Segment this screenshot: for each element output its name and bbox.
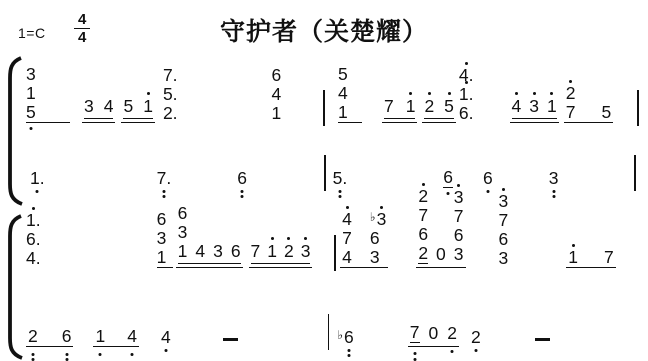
digit: 1 — [95, 327, 105, 346]
melody-note: 4 — [342, 248, 352, 267]
octave-dot-above — [533, 92, 536, 95]
octave-dots-below — [29, 127, 32, 130]
melody-note: 4 — [161, 328, 171, 347]
octave-dots-below — [474, 349, 477, 352]
digit: 3 — [157, 229, 167, 248]
digit: 6 — [454, 226, 464, 245]
melody-note: 7 — [251, 242, 261, 261]
digit: 1. — [459, 85, 474, 104]
flat-icon: ♭ — [337, 328, 343, 342]
melody-note: 6. — [459, 104, 474, 123]
beam-group-inner: 702 — [410, 323, 457, 343]
digit: 3 — [549, 169, 559, 188]
note-column: 3763 — [454, 188, 464, 264]
octave-dot-above — [147, 92, 150, 95]
octave-dots-below — [413, 352, 416, 360]
octave-dot-above — [457, 184, 460, 187]
melody-note: 0 — [436, 245, 446, 264]
note-column: 6 — [237, 169, 247, 188]
beam-group: 34 — [82, 97, 115, 123]
octave-dots-below — [99, 353, 102, 356]
melody-note: 5. — [333, 169, 348, 188]
sheet-music-page: 1=C 4 4 守护者（关楚耀） 31534517.5.2.6415417125… — [0, 0, 648, 361]
melody-note: 4 — [127, 327, 137, 346]
chord-note: 3 — [499, 192, 509, 211]
melody-note: 7 — [566, 103, 576, 122]
chord-note: 3 — [454, 188, 464, 207]
digit: 3 — [454, 188, 464, 207]
chord-note: 3 — [26, 65, 36, 84]
note-column: ♭6 — [337, 328, 353, 347]
melody-note: 2 — [471, 328, 481, 347]
melody-note: 5 — [601, 103, 611, 122]
note-column: 1 — [568, 248, 578, 267]
note-column: 2762 — [418, 187, 428, 264]
octave-dot-above — [380, 206, 383, 209]
note-column: 6 — [483, 169, 493, 188]
octave-dots-below — [65, 353, 68, 361]
barline — [324, 155, 326, 191]
beam-group-inner: 26 — [28, 327, 71, 346]
melody-note: 2 — [424, 97, 434, 116]
note-column: 1 — [95, 327, 105, 346]
digit: 3 — [499, 249, 509, 268]
beam-group: 276203763 — [416, 187, 465, 268]
melody-note: 7 — [410, 323, 420, 343]
octave-dot-above — [448, 92, 451, 95]
melody-note: 6 — [483, 169, 493, 188]
barline — [323, 90, 325, 126]
note-column: 4 — [161, 328, 171, 347]
octave-dot-above — [569, 80, 572, 83]
chord-note: 7 — [499, 211, 509, 230]
melody-note: 1 — [568, 248, 578, 267]
beam-group: 431 — [510, 97, 559, 123]
note-column: 4 — [512, 97, 522, 116]
staff-system1-left-hand: 1.7.65.663 — [26, 155, 636, 188]
melody-note: 1 — [143, 97, 153, 116]
melody-note: 4 — [195, 242, 205, 261]
octave-dot-above — [409, 92, 412, 95]
melody-note: 3 — [213, 242, 223, 261]
melody-note: 1 — [272, 104, 282, 123]
octave-dots-below — [31, 353, 34, 361]
digit: 3 — [301, 242, 311, 261]
digit: 6 — [344, 328, 354, 347]
note-column: 2 — [284, 242, 294, 261]
note-column: 1 — [143, 97, 153, 116]
beam-group-inner: 7123 — [251, 242, 311, 265]
note-column: 7 — [410, 323, 420, 343]
octave-dot-above — [304, 237, 307, 240]
chord-note: 7 — [454, 207, 464, 226]
note-column: 1 — [267, 242, 277, 261]
note-column: 5 — [123, 97, 133, 116]
digit: 1. — [30, 169, 45, 188]
digit: 4. — [26, 249, 41, 268]
chord-note: 1. — [459, 85, 474, 104]
melody-note: 6 — [62, 327, 72, 346]
chord-note: 6 — [418, 225, 428, 244]
note-column: 6 — [231, 242, 241, 261]
digit: 4 — [512, 97, 522, 116]
digit: 1 — [547, 97, 557, 116]
digit: 2 — [284, 242, 294, 261]
note-column: 2 — [28, 327, 38, 346]
note-column: 3763 — [499, 192, 509, 268]
melody-note: 1. — [30, 169, 45, 188]
note-column: 7. — [157, 169, 172, 188]
digit: 7. — [163, 66, 178, 85]
digit: 2 — [566, 84, 576, 103]
digit: 7 — [566, 103, 576, 122]
digit: 1 — [267, 242, 277, 261]
digit: 6 — [178, 204, 188, 223]
digit: 4 — [342, 210, 352, 229]
note-column: 7 — [384, 97, 394, 116]
octave-dots-below — [451, 350, 454, 353]
digit: 2 — [418, 187, 428, 206]
octave-dot-above — [422, 183, 425, 186]
note-extension-dash — [223, 338, 238, 341]
note-column: 6 — [443, 168, 453, 188]
chord-note: 2 — [566, 84, 576, 103]
digit: 3 — [499, 192, 509, 211]
melody-note: 1 — [95, 327, 105, 346]
barline — [634, 155, 636, 191]
note-column: 2 — [447, 324, 457, 343]
digit: 5. — [163, 85, 178, 104]
melody-note: 5 — [444, 97, 454, 116]
digit: 5 — [601, 103, 611, 122]
note-column: 4 — [104, 97, 114, 116]
melody-note: 1 — [406, 97, 416, 116]
melody-note: 7 — [384, 97, 394, 116]
digit: 1 — [143, 97, 153, 116]
digit: 3 — [370, 248, 380, 267]
note-column: 1.6.4. — [26, 211, 41, 268]
digit: 7 — [342, 229, 352, 248]
beam-group-inner: 34 — [84, 97, 113, 120]
barline — [334, 235, 336, 271]
note-column: 1 — [547, 97, 557, 116]
chord-note: 6 — [454, 226, 464, 245]
beam-group: 275 — [564, 84, 613, 123]
chord-note: 6. — [26, 230, 41, 249]
digit: 1 — [406, 97, 416, 116]
digit: 6 — [483, 169, 493, 188]
beam-group: 631436 — [176, 204, 243, 268]
melody-note: 1 — [267, 242, 277, 261]
digit: 1 — [178, 242, 188, 261]
chord-note: 6 — [272, 66, 282, 85]
digit: 2 — [471, 328, 481, 347]
digit: 3 — [178, 223, 188, 242]
melody-note: 5 — [26, 103, 70, 123]
note-column: 541 — [338, 65, 362, 123]
note-column: 641 — [272, 66, 282, 123]
note-column: 2 — [471, 328, 481, 347]
beam-group-inner: 17 — [568, 248, 613, 267]
digit: 6 — [157, 210, 167, 229]
digit: 5 — [26, 103, 36, 122]
note-column: 3 — [213, 242, 223, 261]
beam-group-inner: 276203763 — [418, 187, 463, 264]
digit: 1 — [157, 248, 167, 267]
chord-note: 6 — [178, 204, 188, 223]
note-column: 2 — [424, 97, 434, 116]
chord-note: 7 — [342, 229, 352, 248]
melody-note: 6 — [443, 168, 453, 188]
digit: 7 — [384, 97, 394, 116]
octave-dot-above — [428, 92, 431, 95]
chord-note: 5. — [163, 85, 178, 104]
barline — [637, 90, 639, 126]
digit: 3 — [84, 97, 94, 116]
melody-note: 1 — [178, 242, 188, 261]
note-column: 631 — [157, 210, 173, 268]
note-column: 0 — [436, 245, 446, 264]
chord-note: 1 — [26, 84, 36, 103]
melody-note: 3 — [370, 248, 380, 267]
beam-group-inner: 51 — [123, 97, 152, 120]
octave-dot-above — [465, 62, 468, 65]
note-column: 0 — [429, 324, 439, 343]
beam-group-inner: 25 — [424, 97, 453, 120]
system-brace — [4, 56, 26, 206]
melody-note: 4. — [26, 249, 41, 268]
note-column: 3 — [549, 169, 559, 188]
melody-note: 3 — [301, 242, 311, 261]
melody-note: 1 — [157, 248, 173, 268]
note-extension-dash — [535, 338, 550, 341]
note-column: 4 — [195, 242, 205, 261]
digit: 0 — [436, 245, 446, 264]
chord-note: 7. — [163, 66, 178, 85]
note-column: 27 — [566, 84, 576, 122]
chord-note: 1. — [26, 211, 41, 230]
digit: 6. — [26, 230, 41, 249]
melody-note: 4 — [512, 97, 522, 116]
melody-note: 6 — [237, 169, 247, 188]
digit: 2 — [424, 97, 434, 116]
digit: 3 — [213, 242, 223, 261]
beam-group: 71 — [382, 97, 417, 123]
note-column: 1 — [406, 97, 416, 116]
note-column: 3 — [301, 242, 311, 261]
octave-dot-above — [32, 207, 35, 210]
melody-note: 5 — [123, 97, 133, 116]
digit: 6. — [459, 104, 474, 123]
chord-note: 4 — [342, 210, 352, 229]
chord-note: 4 — [338, 84, 348, 103]
beam-group: 7123 — [249, 242, 313, 268]
note-column: 7.5.2. — [163, 66, 178, 123]
octave-dots-below — [347, 349, 350, 357]
note-column: 5 — [601, 103, 611, 122]
note-column: 474 — [342, 210, 352, 267]
melody-note: 3 — [549, 169, 559, 188]
digit: 0 — [429, 324, 439, 343]
octave-dot-above — [271, 237, 274, 240]
digit: 1 — [568, 248, 578, 267]
digit: 3 — [529, 97, 539, 116]
digit: 7 — [410, 323, 420, 342]
digit: 6 — [499, 230, 509, 249]
digit: 2. — [163, 104, 178, 123]
barline — [328, 314, 330, 350]
melody-note: 3 — [529, 97, 539, 116]
digit: 4 — [104, 97, 114, 116]
digit: 3 — [454, 245, 464, 264]
staff-system2-left-hand: 26144♭67022 — [26, 314, 648, 347]
note-column: 7 — [251, 242, 261, 261]
beam-group: 25 — [422, 97, 455, 123]
melody-note: 3 — [84, 97, 94, 116]
octave-dot-above — [515, 92, 518, 95]
chord-note: 3 — [178, 223, 188, 242]
digit: 7 — [604, 248, 614, 267]
beam-group: 26 — [26, 327, 73, 347]
digit: 6 — [370, 229, 380, 248]
note-column: 3 — [84, 97, 94, 116]
melody-note: 7. — [157, 169, 172, 188]
octave-dot-above — [550, 92, 553, 95]
melody-note: 0 — [429, 324, 439, 343]
digit: 6 — [237, 169, 247, 188]
note-column: 6 — [62, 327, 72, 346]
digit: 1 — [26, 84, 36, 103]
digit: 5 — [338, 65, 348, 84]
staff-system2-right-hand: 1.6.4.6316314367123474♭36327620376337631… — [26, 187, 648, 268]
note-column: 3 — [529, 97, 539, 116]
staff-system1-right-hand: 31534517.5.2.64154171254.1.6.431275 — [26, 65, 639, 123]
digit: 7 — [418, 206, 428, 225]
melody-note: 2 — [28, 327, 38, 346]
chord-note: 3 — [157, 229, 167, 248]
digit: 1 — [338, 103, 348, 122]
digit: 7. — [157, 169, 172, 188]
chord-note: 7 — [418, 206, 428, 225]
digit: 4 — [195, 242, 205, 261]
digit: 5. — [333, 169, 348, 188]
chord-note: 2 — [418, 187, 428, 206]
beam-group-inner: 474♭363 — [342, 210, 386, 267]
beam-group: 474♭363 — [340, 210, 388, 268]
chord-note: 6 — [370, 229, 380, 248]
digit: 6 — [272, 66, 282, 85]
beam-group: 14 — [93, 327, 138, 347]
beam-group: 17 — [566, 248, 615, 268]
system-brace — [4, 214, 26, 360]
melody-note: 3 — [454, 245, 464, 264]
song-title: 守护者（关楚耀） — [0, 12, 648, 48]
octave-dot-above — [572, 244, 575, 247]
chord-note: 6 — [157, 210, 167, 229]
octave-dots-below — [131, 353, 134, 356]
beam-group-inner: 631436 — [178, 204, 241, 265]
chord-note: 4 — [272, 85, 282, 104]
digit: 6 — [231, 242, 241, 261]
note-column: 5 — [444, 97, 454, 116]
beam-group-inner: 275 — [566, 84, 611, 122]
melody-note: 7 — [604, 248, 614, 267]
flat-icon: ♭ — [370, 210, 376, 224]
note-column: 315 — [26, 65, 70, 123]
beam-group-inner: 431 — [512, 97, 557, 120]
octave-dot-above — [502, 188, 505, 191]
melody-note: 2 — [418, 244, 428, 264]
digit: 7 — [499, 211, 509, 230]
beam-group-inner: 14 — [95, 327, 136, 346]
note-column: 1. — [30, 169, 45, 188]
digit: 6 — [443, 168, 453, 187]
melody-note: 1 — [338, 103, 362, 123]
octave-dot-above — [465, 81, 468, 84]
digit: 4 — [127, 327, 137, 346]
digit: 3 — [377, 210, 387, 229]
note-column: ♭363 — [370, 210, 386, 267]
melody-note: 6 — [231, 242, 241, 261]
note-column: 4 — [127, 327, 137, 346]
digit: 2 — [28, 327, 38, 346]
melody-note: 2. — [163, 104, 178, 123]
digit: 4 — [272, 85, 282, 104]
melody-note: 2 — [284, 242, 294, 261]
octave-dots-below — [164, 349, 167, 352]
digit: 6 — [62, 327, 72, 346]
digit: 3 — [26, 65, 36, 84]
octave-dot-above — [346, 206, 349, 209]
digit: 7 — [251, 242, 261, 261]
note-column: 631 — [178, 204, 188, 261]
digit: 1 — [272, 104, 282, 123]
melody-note: 4 — [104, 97, 114, 116]
digit: 5 — [444, 97, 454, 116]
digit: 2 — [418, 244, 428, 263]
melody-note: 1 — [547, 97, 557, 116]
digit: 2 — [447, 324, 457, 343]
melody-note: ♭6 — [337, 328, 353, 347]
digit: 5 — [123, 97, 133, 116]
digit: 4 — [342, 248, 352, 267]
note-column: 7 — [604, 248, 614, 267]
melody-note: 2 — [447, 324, 457, 343]
digit: 1. — [26, 211, 41, 230]
chord-note: 5 — [338, 65, 348, 84]
beam-group: 702 — [408, 323, 459, 347]
chord-note: ♭3 — [370, 210, 386, 229]
beam-group: 51 — [121, 97, 154, 123]
note-column: 5. — [333, 169, 348, 188]
digit: 7 — [454, 207, 464, 226]
beam-group-inner: 71 — [384, 97, 415, 120]
melody-note: 3 — [499, 249, 509, 268]
note-column: 4.1.6. — [459, 66, 474, 123]
digit: 4 — [161, 328, 171, 347]
digit: 4 — [338, 84, 348, 103]
octave-dot-above — [287, 237, 290, 240]
chord-note: 6 — [499, 230, 509, 249]
digit: 6 — [418, 225, 428, 244]
